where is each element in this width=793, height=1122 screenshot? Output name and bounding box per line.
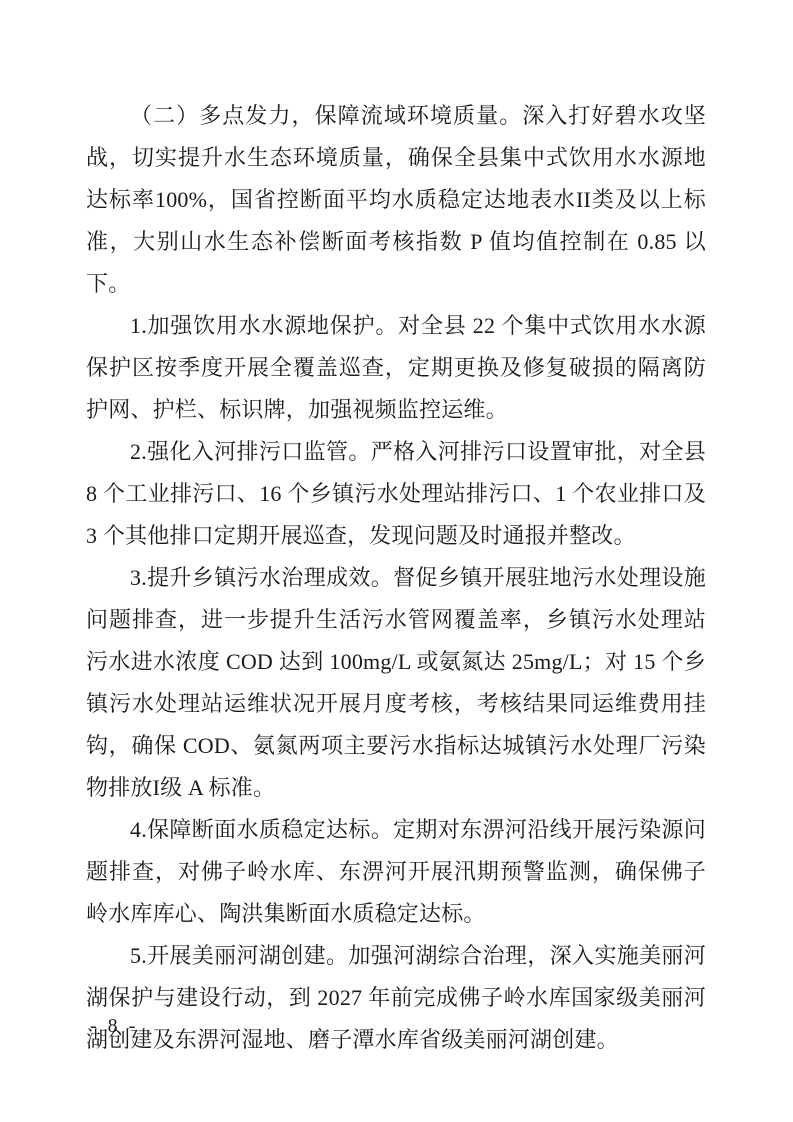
document-body: （二）多点发力，保障流域环境质量。深入打好碧水攻坚战，切实提升水生态环境质量，确… [86, 95, 706, 1061]
paragraph-item-2: 2.强化入河排污口监管。严格入河排污口设置审批，对全县 8 个工业排污口、16 … [86, 431, 706, 557]
paragraph-section-heading: （二）多点发力，保障流域环境质量。深入打好碧水攻坚战，切实提升水生态环境质量，确… [86, 95, 706, 305]
paragraph-item-4: 4.保障断面水质稳定达标。定期对东淠河沿线开展污染源问题排查，对佛子岭水库、东淠… [86, 809, 706, 935]
page-number: - 8 - [90, 1012, 138, 1040]
paragraph-item-1: 1.加强饮用水水源地保护。对全县 22 个集中式饮用水水源保护区按季度开展全覆盖… [86, 305, 706, 431]
paragraph-item-5: 5.开展美丽河湖创建。加强河湖综合治理，深入实施美丽河湖保护与建设行动，到 20… [86, 935, 706, 1061]
document-page: （二）多点发力，保障流域环境质量。深入打好碧水攻坚战，切实提升水生态环境质量，确… [0, 0, 793, 1122]
paragraph-item-3: 3.提升乡镇污水治理成效。督促乡镇开展驻地污水处理设施问题排查，进一步提升生活污… [86, 557, 706, 809]
